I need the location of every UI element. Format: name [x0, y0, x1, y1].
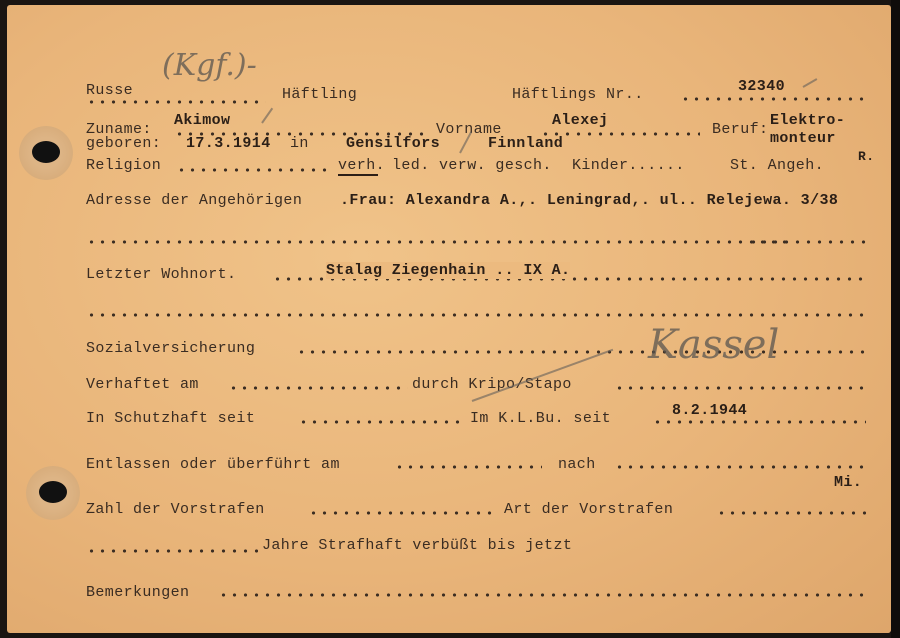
dotted-line [298, 420, 462, 424]
label-arrested-by: durch Kripo/Stapo [412, 376, 572, 393]
punch-hole-top [19, 126, 73, 180]
dotted-line [86, 240, 786, 244]
label-released: Entlassen oder überführt am [86, 456, 340, 473]
prisoner-number-value: 32340 [738, 78, 785, 95]
label-arrested-on: Verhaftet am [86, 376, 199, 393]
punch-hole-bottom [26, 466, 80, 520]
label-protective-custody: In Schutzhaft seit [86, 410, 255, 427]
handwritten-place: Kassel [648, 322, 779, 368]
label-prisoner: Häftling [282, 86, 357, 103]
label-born: geboren: [86, 135, 161, 152]
profession-value-line1: Elektro- [770, 112, 845, 129]
selection-underline [338, 174, 378, 176]
relatives-address-value: .Frau: Alexandra A.,. Leningrad,. ul.. R… [340, 192, 838, 209]
scan-border [891, 0, 900, 638]
birth-place-value: Gensilfors [346, 135, 440, 152]
label-remarks: Bemerkungen [86, 584, 189, 601]
surname-value: Akimow [174, 112, 230, 129]
label-relatives-address: Adresse der Angehörigen [86, 192, 302, 209]
dotted-line [228, 386, 408, 390]
dotted-line [680, 97, 865, 101]
dotted-line [86, 313, 866, 317]
dotted-line [614, 465, 866, 469]
last-residence-value: Stalag Ziegenhain .. IX A. [326, 262, 570, 279]
dotted-line [540, 132, 700, 136]
camp-since-date-value: 8.2.1944 [672, 402, 747, 419]
dotted-line [652, 420, 866, 424]
handwritten-category: (Kgf.)- [162, 48, 257, 83]
dotted-line [296, 350, 866, 354]
marital-status-options: led. verw. gesch. [392, 157, 552, 174]
nationality-value: Russe [86, 82, 133, 99]
note-value: Mi. [834, 474, 862, 491]
label-years-served: Jahre Strafhaft verbüßt bis jetzt [262, 537, 572, 554]
dotted-line [716, 511, 866, 515]
label-profession: Beruf: [712, 121, 768, 138]
label-transferred-to: nach [558, 456, 596, 473]
profession-value-line2: monteur [770, 130, 836, 147]
label-social-insurance: Sozialversicherung [86, 340, 255, 357]
dotted-line [614, 386, 866, 390]
dotted-line [176, 168, 328, 172]
dotted-line [394, 465, 542, 469]
label-prior-convictions-type: Art der Vorstrafen [504, 501, 673, 518]
label-camp-since: Im K.L.Bu. seit [470, 410, 611, 427]
label-prior-convictions-count: Zahl der Vorstrafen [86, 501, 265, 518]
label-children: Kinder...... [572, 157, 685, 174]
birth-date-value: 17.3.1914 [186, 135, 271, 152]
dotted-line [86, 549, 258, 553]
label-in: in [290, 135, 309, 152]
dotted-line [218, 593, 866, 597]
label-last-residence: Letzter Wohnort. [86, 266, 236, 283]
dotted-line [86, 100, 266, 104]
dotted-line [308, 511, 494, 515]
label-prisoner-number: Häftlings Nr.. [512, 86, 644, 103]
marital-status-married[interactable]: verh. [338, 157, 385, 174]
dotted-line [748, 240, 866, 244]
firstname-value: Alexej [552, 112, 608, 129]
citizenship-value: R. [858, 149, 874, 164]
label-citizenship: St. Angeh. [730, 157, 824, 174]
birth-country-value: Finnland [488, 135, 563, 152]
label-religion: Religion [86, 157, 161, 174]
